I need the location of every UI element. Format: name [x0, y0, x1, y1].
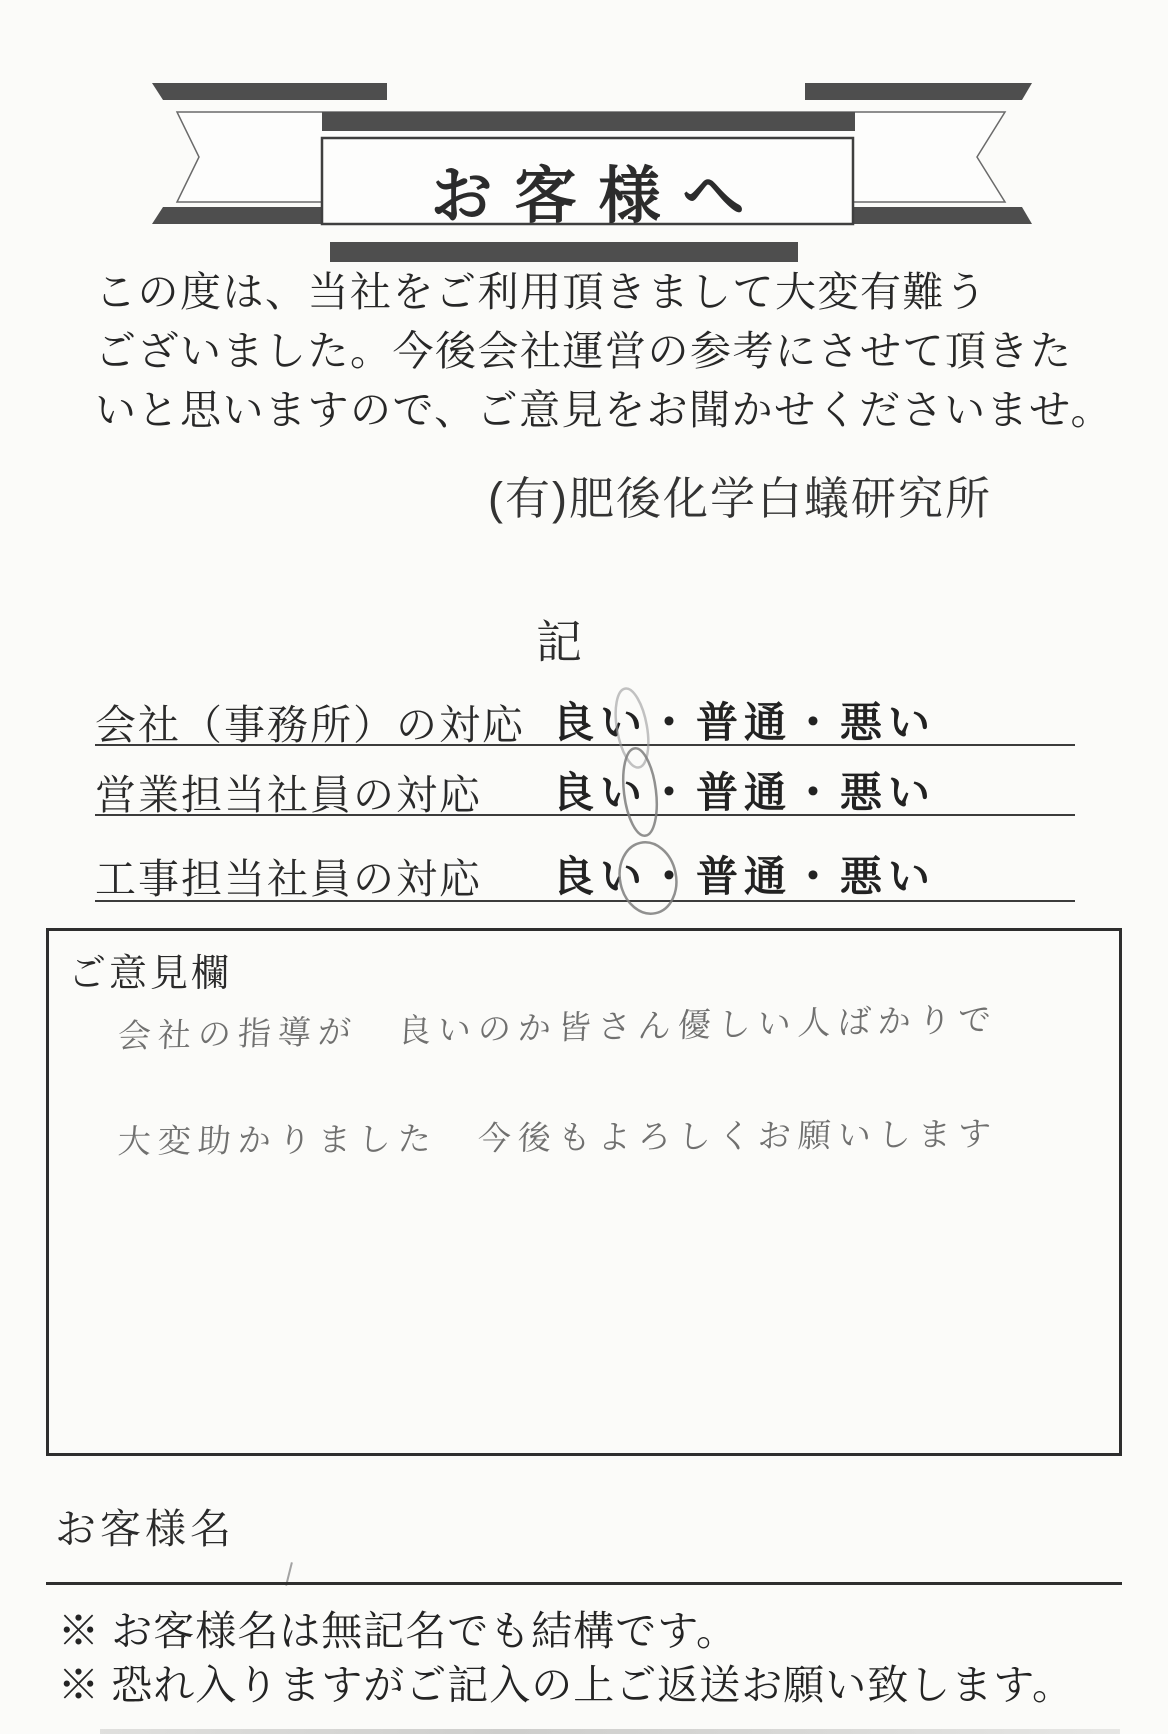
company-name: (有)肥後化学白蟻研究所 [488, 462, 992, 527]
intro-line: この度は、当社をご利用頂きまして大変有難う [95, 268, 1095, 316]
rating-row-underline [95, 744, 1075, 746]
ribbon-stripe-bottom [330, 242, 798, 262]
note-heading: 記 [0, 606, 1120, 672]
rating-row-underline [95, 814, 1075, 816]
rating-row-label: 会社（事務所）の対応 [95, 692, 525, 751]
rating-row-options: 良い・普通・悪い [552, 844, 936, 904]
scan-edge-smudge [100, 1729, 1120, 1734]
customer-name-label: お客様名 [55, 1496, 235, 1555]
rating-row-underline [95, 900, 1075, 902]
ribbon-stripe-top [322, 112, 855, 131]
rating-row-options: 良い・普通・悪い [552, 690, 936, 750]
intro-line: いと思いますので、ご意見をお聞かせくださいませ。 [95, 386, 1095, 434]
ribbon-bar-top-left [152, 83, 387, 100]
customer-name-underline [46, 1582, 1122, 1585]
handwritten-comment-line: 大変助かりました 今後もよろしくお願いします [117, 1108, 999, 1163]
ribbon-bar-bottom-right [853, 207, 1032, 224]
intro-line: ございました。今後会社運営の参考にさせて頂きた [95, 327, 1095, 375]
scanned-feedback-form: お客様へ この度は、当社をご利用頂きまして大変有難う ございました。今後会社運営… [0, 0, 1168, 1734]
ribbon-bar-top-right [805, 83, 1032, 100]
footnote: ※ お客様名は無記名でも結構です。 [58, 1598, 738, 1657]
comments-label: ご意見欄 [68, 942, 232, 997]
rating-row-label: 工事担当社員の対応 [95, 846, 482, 905]
footnote: ※ 恐れ入りますがご記入の上ご返送お願い致します。 [58, 1652, 1074, 1711]
rating-row-options: 良い・普通・悪い [552, 760, 936, 820]
banner-title: お客様へ [322, 146, 853, 235]
ribbon-bar-bottom-left [152, 207, 322, 224]
rating-row-label: 営業担当社員の対応 [95, 762, 482, 821]
